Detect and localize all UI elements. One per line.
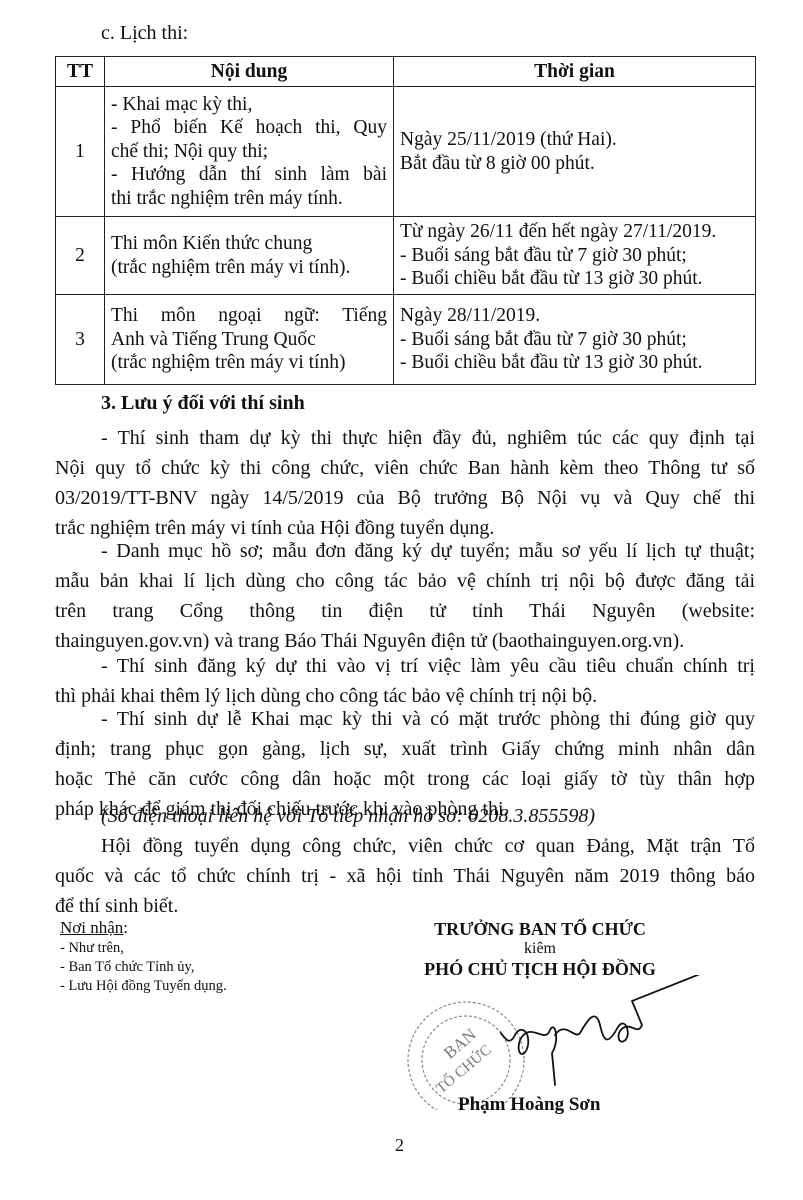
table-header-row: TT Nội dung Thời gian — [56, 57, 756, 87]
paragraph-line: trên trang Cổng thông tin điện tử tỉnh T… — [55, 596, 755, 626]
signer-title: TRƯỞNG BAN TỔ CHỨC — [390, 918, 690, 940]
time-line: Ngày 28/11/2019. — [400, 304, 749, 328]
time-line: - Buổi chiều bắt đầu từ 13 giờ 30 phút. — [400, 351, 749, 375]
table-row: 3 Thi môn ngoại ngữ: Tiếng Anh và Tiếng … — [56, 295, 756, 385]
header-content: Nội dung — [105, 57, 394, 87]
contact-note: (Số điện thoại liên hệ với Tổ tiếp nhận … — [101, 805, 595, 828]
content-line: Thi môn ngoại ngữ: Tiếng — [111, 304, 387, 328]
paragraph-regulations: - Thí sinh tham dự kỳ thi thực hiện đầy … — [55, 423, 755, 543]
recipient-item: - Ban Tổ chức Tỉnh ủy, — [60, 958, 227, 977]
content-line: Thi môn Kiến thức chung — [111, 232, 387, 256]
recipients-title-colon: : — [123, 918, 128, 937]
paragraph-line: 03/2019/TT-BNV ngày 14/5/2019 của Bộ trư… — [55, 483, 755, 513]
paragraph-political: - Thí sinh đăng ký dự thi vào vị trí việ… — [55, 651, 755, 711]
content-line: (trắc nghiệm trên máy vi tính). — [111, 256, 387, 280]
paragraph-line: - Thí sinh dự lễ Khai mạc kỳ thi và có m… — [55, 704, 755, 734]
paragraph-line: - Thí sinh đăng ký dự thi vào vị trí việ… — [55, 651, 755, 681]
paragraph-line: hoặc Thẻ căn cước công dân hoặc một tron… — [55, 764, 755, 794]
header-time: Thời gian — [394, 57, 756, 87]
row-time: Từ ngày 26/11 đến hết ngày 27/11/2019. -… — [394, 217, 756, 295]
row-number: 2 — [56, 217, 105, 295]
table-row: 1 - Khai mạc kỳ thi, - Phổ biến Kế hoạch… — [56, 87, 756, 217]
paragraph-closing: Hội đồng tuyển dụng công chức, viên chức… — [55, 831, 755, 921]
content-line: - Phổ biến Kế hoạch thi, Quy — [111, 116, 387, 140]
time-line: Ngày 25/11/2019 (thứ Hai). — [400, 128, 749, 152]
row-time: Ngày 25/11/2019 (thứ Hai). Bắt đầu từ 8 … — [394, 87, 756, 217]
recipients-title-text: Nơi nhận — [60, 918, 123, 937]
content-line: Anh và Tiếng Trung Quốc — [111, 328, 387, 352]
time-line: - Buổi sáng bắt đầu từ 7 giờ 30 phút; — [400, 244, 749, 268]
section-heading: 3. Lưu ý đối với thí sinh — [101, 392, 305, 415]
page-number: 2 — [395, 1135, 404, 1156]
schedule-table: TT Nội dung Thời gian 1 - Khai mạc kỳ th… — [55, 56, 756, 385]
row-content: Thi môn Kiến thức chung (trắc nghiệm trê… — [105, 217, 394, 295]
recipients-title: Nơi nhận: — [60, 918, 227, 937]
document-page: c. Lịch thi: TT Nội dung Thời gian 1 - K… — [0, 0, 803, 1200]
row-content: Thi môn ngoại ngữ: Tiếng Anh và Tiếng Tr… — [105, 295, 394, 385]
paragraph-line: mẫu bản khai lí lịch dùng cho công tác b… — [55, 566, 755, 596]
row-time: Ngày 28/11/2019. - Buổi sáng bắt đầu từ … — [394, 295, 756, 385]
row-number: 3 — [56, 295, 105, 385]
signer-concurrent: kiêm — [390, 940, 690, 958]
recipient-item: - Lưu Hội đồng Tuyển dụng. — [60, 977, 227, 996]
time-line: Bắt đầu từ 8 giờ 00 phút. — [400, 152, 749, 176]
row-number: 1 — [56, 87, 105, 217]
signer-name: Phạm Hoàng Sơn — [458, 1094, 601, 1116]
content-line: chế thi; Nội quy thi; — [111, 140, 387, 164]
paragraph-line: Nội quy tổ chức kỳ thi công chức, viên c… — [55, 453, 755, 483]
recipients-block: Nơi nhận: - Như trên, - Ban Tổ chức Tỉnh… — [60, 918, 227, 996]
paragraph-line: - Danh mục hồ sơ; mẫu đơn đăng ký dự tuy… — [55, 536, 755, 566]
content-line: - Hướng dẫn thí sinh làm bài — [111, 163, 387, 187]
content-line: - Khai mạc kỳ thi, — [111, 93, 387, 117]
time-line: - Buổi sáng bắt đầu từ 7 giờ 30 phút; — [400, 328, 749, 352]
paragraph-line: định; trang phục gọn gàng, lịch sự, xuất… — [55, 734, 755, 764]
paragraph-line: quốc và các tổ chức chính trị - xã hội t… — [55, 861, 755, 891]
row-content: - Khai mạc kỳ thi, - Phổ biến Kế hoạch t… — [105, 87, 394, 217]
content-line: (trắc nghiệm trên máy vi tính) — [111, 351, 387, 375]
recipient-item: - Như trên, — [60, 939, 227, 958]
paragraph-line: Hội đồng tuyển dụng công chức, viên chức… — [55, 831, 755, 861]
time-line: - Buổi chiều bắt đầu từ 13 giờ 30 phút. — [400, 267, 749, 291]
table-row: 2 Thi môn Kiến thức chung (trắc nghiệm t… — [56, 217, 756, 295]
paragraph-documents: - Danh mục hồ sơ; mẫu đơn đăng ký dự tuy… — [55, 536, 755, 656]
paragraph-line: để thí sinh biết. — [55, 891, 755, 921]
paragraph-line: - Thí sinh tham dự kỳ thi thực hiện đầy … — [55, 423, 755, 453]
content-line: thi trắc nghiệm trên máy tính. — [111, 187, 387, 211]
time-line: Từ ngày 26/11 đến hết ngày 27/11/2019. — [400, 220, 749, 244]
signature-icon — [500, 975, 750, 1095]
header-tt: TT — [56, 57, 105, 87]
section-label: c. Lịch thi: — [101, 22, 188, 45]
signer-block: TRƯỞNG BAN TỔ CHỨC kiêm PHÓ CHỦ TỊCH HỘI… — [390, 918, 690, 980]
